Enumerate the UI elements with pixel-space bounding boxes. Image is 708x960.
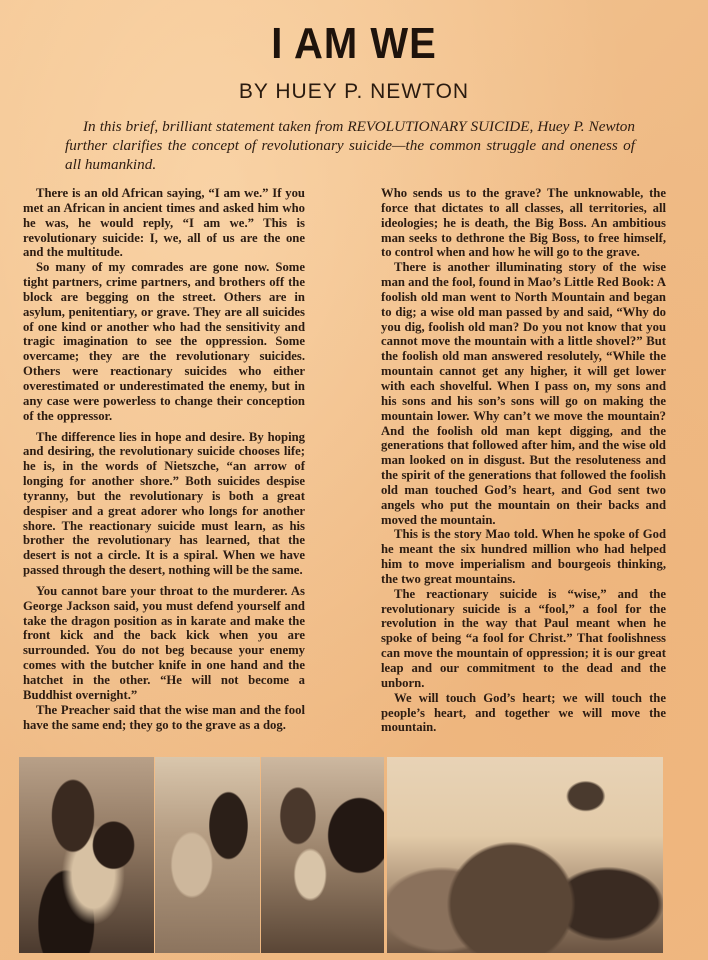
right-column: Who sends us to the grave? The unknowabl… xyxy=(381,186,666,735)
paragraph: There is an old African saying, “I am we… xyxy=(23,186,305,260)
paragraph: So many of my comrades are gone now. Som… xyxy=(23,260,305,423)
article-title: I AM WE xyxy=(0,20,708,69)
photo-strip xyxy=(19,757,663,955)
left-column: There is an old African saying, “I am we… xyxy=(23,186,305,732)
photo-children-and-man xyxy=(261,757,384,953)
paragraph: The Preacher said that the wise man and … xyxy=(23,703,305,733)
article-byline: BY HUEY P. NEWTON xyxy=(0,80,708,104)
paragraph: The difference lies in hope and desire. … xyxy=(23,430,305,578)
photo-children-performing xyxy=(387,757,663,953)
paragraph: We will touch God’s heart; we will touch… xyxy=(381,691,666,736)
paragraph: This is the story Mao told. When he spok… xyxy=(381,527,666,586)
paragraph: There is another illuminating story of t… xyxy=(381,260,666,527)
article-intro: In this brief, brilliant statement taken… xyxy=(65,117,635,174)
paragraph: You cannot bare your throat to the murde… xyxy=(23,584,305,703)
photo-elderly-woman-escorted xyxy=(155,757,260,953)
photo-group-at-table xyxy=(19,757,154,953)
intro-text: In this brief, brilliant statement taken… xyxy=(65,117,635,174)
paragraph: The reactionary suicide is “wise,” and t… xyxy=(381,587,666,691)
paragraph: Who sends us to the grave? The unknowabl… xyxy=(381,186,666,260)
